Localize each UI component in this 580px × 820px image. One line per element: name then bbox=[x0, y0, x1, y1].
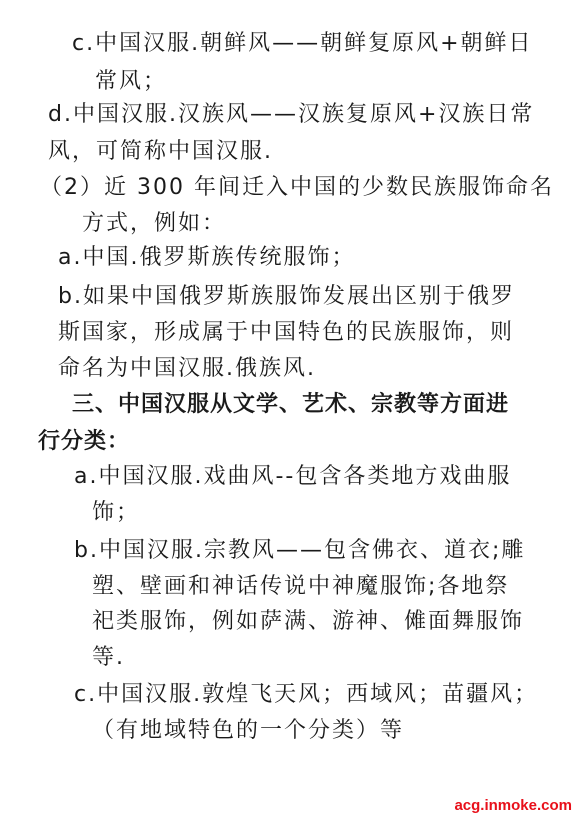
text-line: 风，可简称中国汉服. bbox=[48, 138, 273, 166]
text-line: b.如果中国俄罗斯族服饰发展出区别于俄罗 bbox=[58, 283, 515, 311]
text-line: 命名为中国汉服.俄族风. bbox=[58, 355, 316, 383]
text-line: c.中国汉服.朝鲜风——朝鲜复原风+朝鲜日 bbox=[72, 30, 533, 58]
text-line: 塑、壁画和神话传说中神魔服饰;各地祭 bbox=[92, 573, 509, 601]
text-line: a.中国汉服.戏曲风--包含各类地方戏曲服 bbox=[74, 463, 511, 491]
text-line: 等. bbox=[92, 644, 125, 672]
text-line: 方式，例如： bbox=[82, 210, 226, 238]
text-line: 斯国家，形成属于中国特色的民族服饰，则 bbox=[58, 319, 514, 347]
text-line: b.中国汉服.宗教风——包含佛衣、道衣;雕 bbox=[74, 537, 525, 565]
text-line: （有地域特色的一个分类）等 bbox=[92, 717, 404, 745]
text-line: （2）近 300 年间迁入中国的少数民族服饰命名 bbox=[40, 174, 554, 202]
text-line: 祀类服饰，例如萨满、游神、傩面舞服饰 bbox=[92, 608, 524, 636]
text-line: 饰； bbox=[92, 499, 140, 527]
text-line: a.中国.俄罗斯族传统服饰； bbox=[58, 244, 355, 272]
watermark: acg.inmoke.com bbox=[454, 797, 572, 814]
text-line: c.中国汉服.敦煌飞天风；西域风；苗疆风； bbox=[74, 681, 538, 709]
text-line: 常风； bbox=[95, 68, 167, 96]
section-heading-line: 行分类： bbox=[38, 428, 130, 456]
section-heading-line: 三、中国汉服从文学、艺术、宗教等方面进 bbox=[72, 391, 509, 419]
text-line: d.中国汉服.汉族风——汉族复原风+汉族日常 bbox=[48, 101, 534, 129]
